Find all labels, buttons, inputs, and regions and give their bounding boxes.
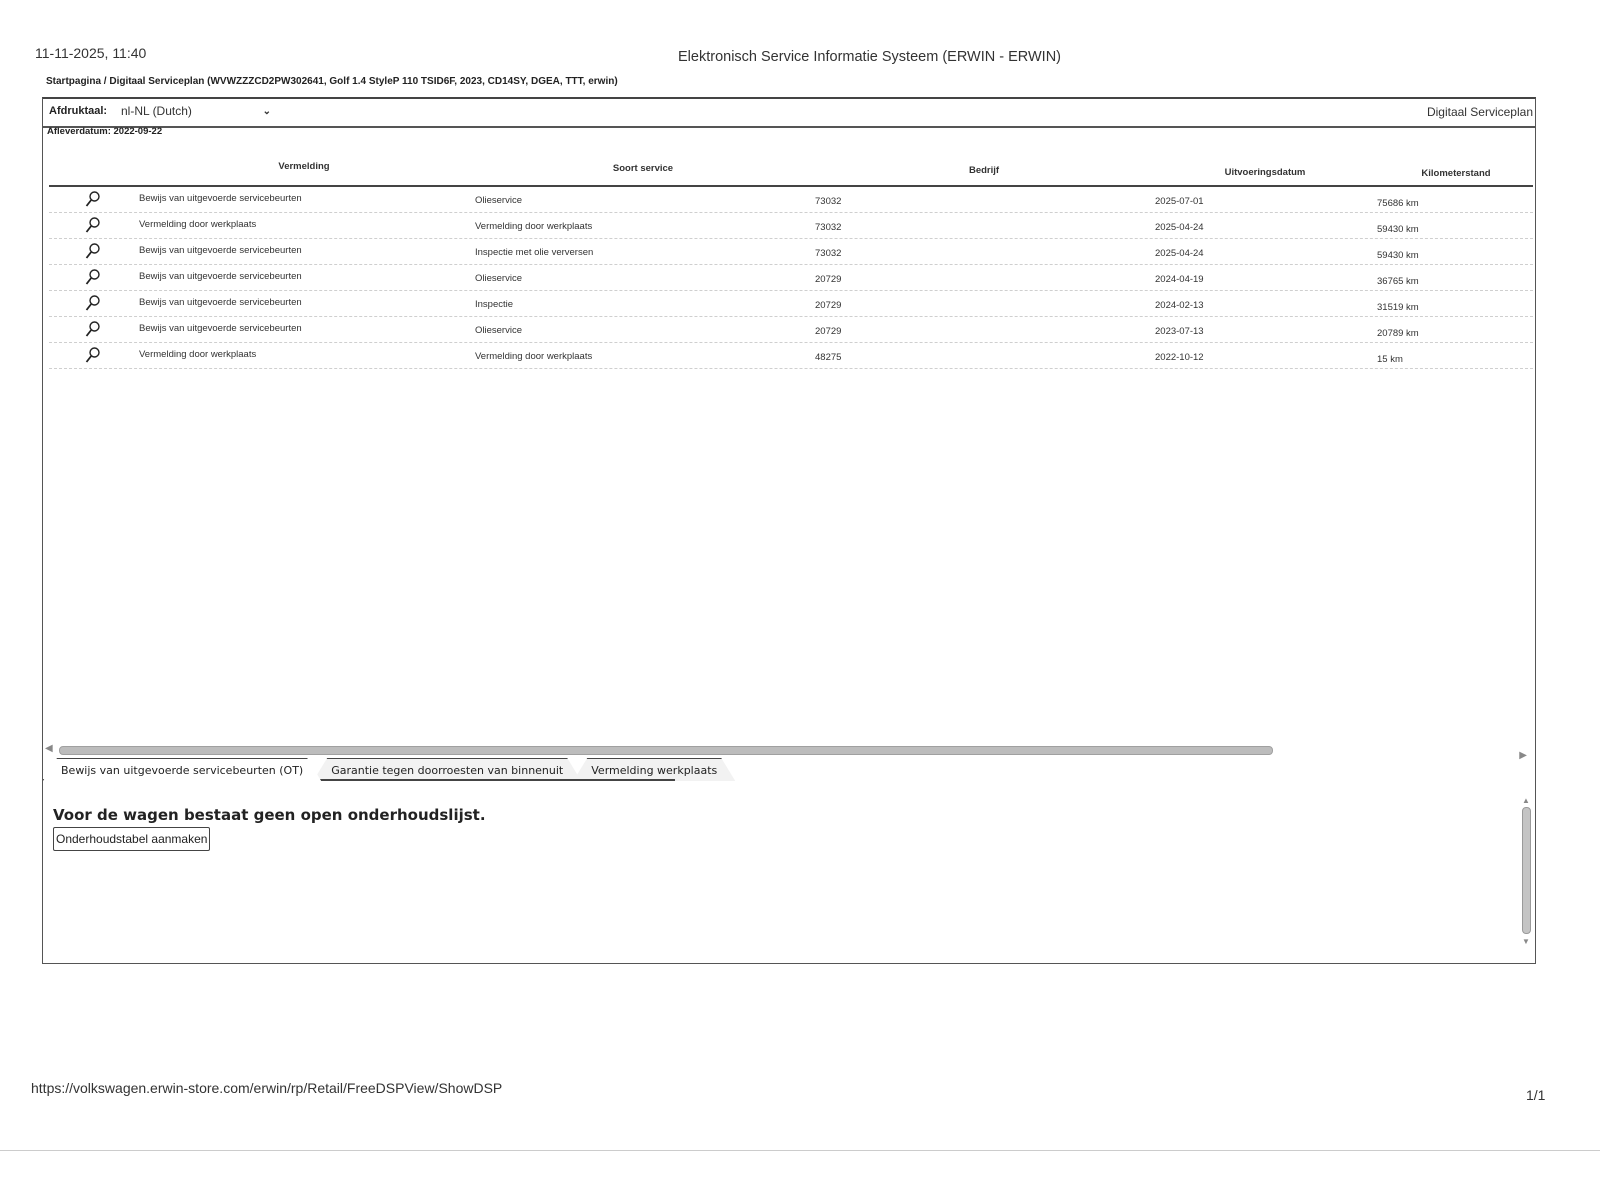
- magnifier-icon[interactable]: [85, 320, 101, 338]
- horizontal-scroll-thumb[interactable]: [59, 746, 1273, 755]
- magnifier-icon[interactable]: [85, 190, 101, 208]
- cell-uitvoeringsdatum: 2025-04-24: [1155, 248, 1204, 259]
- scroll-right-icon[interactable]: ▶: [1519, 750, 1527, 761]
- table-row[interactable]: Vermelding door werkplaatsVermelding doo…: [49, 213, 1533, 239]
- chevron-down-icon: ⌄: [263, 106, 271, 117]
- toolbar: Afdruktaal: nl-NL (Dutch) ⌄ Digitaal Ser…: [43, 99, 1535, 128]
- column-header-bedrijf[interactable]: Bedrijf: [815, 165, 1153, 176]
- column-header-vermelding[interactable]: Vermelding: [139, 161, 469, 172]
- cell-bedrijf: 20729: [815, 300, 841, 311]
- cell-vermelding: Bewijs van uitgevoerde servicebeurten: [139, 245, 302, 256]
- column-header-uitvoeringsdatum[interactable]: Uitvoeringsdatum: [1155, 167, 1375, 178]
- table-row[interactable]: Vermelding door werkplaatsVermelding doo…: [49, 343, 1533, 369]
- cell-soort-service: Vermelding door werkplaats: [475, 351, 592, 362]
- cell-uitvoeringsdatum: 2024-04-19: [1155, 274, 1204, 285]
- language-select-value: nl-NL (Dutch): [121, 104, 192, 118]
- page-number: 1/1: [1526, 1087, 1545, 1103]
- cell-vermelding: Bewijs van uitgevoerde servicebeurten: [139, 271, 302, 282]
- cell-uitvoeringsdatum: 2025-04-24: [1155, 222, 1204, 233]
- service-history-table: Vermelding Soort service Bedrijf Uitvoer…: [49, 149, 1533, 369]
- magnifier-icon[interactable]: [85, 242, 101, 260]
- no-maintenance-list-message: Voor de wagen bestaat geen open onderhou…: [53, 806, 486, 824]
- print-title: Elektronisch Service Informatie Systeem …: [678, 49, 1061, 65]
- column-header-kilometerstand[interactable]: Kilometerstand: [1379, 168, 1533, 179]
- cell-vermelding: Bewijs van uitgevoerde servicebeurten: [139, 297, 302, 308]
- vertical-scroll-thumb[interactable]: [1522, 807, 1531, 934]
- delivery-date: Afleverdatum: 2022-09-22: [47, 126, 162, 137]
- cell-kilometerstand: 15 km: [1377, 354, 1403, 365]
- vertical-scrollbar[interactable]: ▲ ▼: [1521, 796, 1531, 946]
- cell-soort-service: Olieservice: [475, 273, 522, 284]
- magnifier-icon[interactable]: [85, 268, 101, 286]
- column-header-soort-service[interactable]: Soort service: [475, 163, 811, 174]
- cell-kilometerstand: 36765 km: [1377, 276, 1419, 287]
- breadcrumb: Startpagina / Digitaal Serviceplan (WVWZ…: [46, 76, 618, 87]
- create-maintenance-table-button[interactable]: Onderhoudstabel aanmaken: [53, 827, 210, 851]
- cell-bedrijf: 73032: [815, 196, 841, 207]
- magnifier-icon[interactable]: [85, 294, 101, 312]
- magnifier-icon[interactable]: [85, 216, 101, 234]
- cell-vermelding: Bewijs van uitgevoerde servicebeurten: [139, 323, 302, 334]
- table-row[interactable]: Bewijs van uitgevoerde servicebeurtenIns…: [49, 239, 1533, 265]
- cell-uitvoeringsdatum: 2024-02-13: [1155, 300, 1204, 311]
- cell-vermelding: Vermelding door werkplaats: [139, 349, 256, 360]
- cell-kilometerstand: 31519 km: [1377, 302, 1419, 313]
- table-row[interactable]: Bewijs van uitgevoerde servicebeurtenIns…: [49, 291, 1533, 317]
- print-datetime: 11-11-2025, 11:40: [35, 45, 146, 61]
- table-row[interactable]: Bewijs van uitgevoerde servicebeurtenOli…: [49, 317, 1533, 343]
- cell-bedrijf: 20729: [815, 274, 841, 285]
- table-body: Bewijs van uitgevoerde servicebeurtenOli…: [49, 187, 1533, 369]
- cell-soort-service: Inspectie met olie verversen: [475, 247, 593, 258]
- table-row[interactable]: Bewijs van uitgevoerde servicebeurtenOli…: [49, 265, 1533, 291]
- horizontal-scrollbar[interactable]: ◀ ▶: [43, 744, 1535, 758]
- table-header: Vermelding Soort service Bedrijf Uitvoer…: [49, 149, 1533, 187]
- magnifier-icon[interactable]: [85, 346, 101, 364]
- tab-3[interactable]: Vermelding werkplaats: [573, 758, 735, 781]
- scroll-up-icon[interactable]: ▲: [1522, 796, 1530, 805]
- plan-title: Digitaal Serviceplan: [1427, 105, 1533, 119]
- cell-kilometerstand: 75686 km: [1377, 198, 1419, 209]
- cell-soort-service: Olieservice: [475, 195, 522, 206]
- cell-soort-service: Vermelding door werkplaats: [475, 221, 592, 232]
- scroll-left-icon[interactable]: ◀: [45, 743, 53, 754]
- cell-kilometerstand: 59430 km: [1377, 224, 1419, 235]
- scroll-down-icon[interactable]: ▼: [1522, 937, 1530, 946]
- cell-uitvoeringsdatum: 2025-07-01: [1155, 196, 1204, 207]
- cell-vermelding: Bewijs van uitgevoerde servicebeurten: [139, 193, 302, 204]
- cell-uitvoeringsdatum: 2023-07-13: [1155, 326, 1204, 337]
- language-select[interactable]: nl-NL (Dutch) ⌄: [121, 102, 273, 120]
- cell-bedrijf: 73032: [815, 248, 841, 259]
- cell-soort-service: Olieservice: [475, 325, 522, 336]
- cell-bedrijf: 73032: [815, 222, 841, 233]
- cell-bedrijf: 20729: [815, 326, 841, 337]
- page-edge-divider: [0, 1150, 1600, 1151]
- tab-2[interactable]: Garantie tegen doorroesten van binnenuit: [313, 758, 581, 781]
- cell-soort-service: Inspectie: [475, 299, 513, 310]
- cell-kilometerstand: 59430 km: [1377, 250, 1419, 261]
- tab-1[interactable]: Bewijs van uitgevoerde servicebeurten (O…: [43, 758, 321, 781]
- service-plan-frame: Afdruktaal: nl-NL (Dutch) ⌄ Digitaal Ser…: [42, 97, 1536, 964]
- language-label: Afdruktaal:: [49, 105, 107, 117]
- print-footer-url: https://volkswagen.erwin-store.com/erwin…: [31, 1080, 502, 1096]
- cell-vermelding: Vermelding door werkplaats: [139, 219, 256, 230]
- cell-uitvoeringsdatum: 2022-10-12: [1155, 352, 1204, 363]
- table-row[interactable]: Bewijs van uitgevoerde servicebeurtenOli…: [49, 187, 1533, 213]
- cell-bedrijf: 48275: [815, 352, 841, 363]
- cell-kilometerstand: 20789 km: [1377, 328, 1419, 339]
